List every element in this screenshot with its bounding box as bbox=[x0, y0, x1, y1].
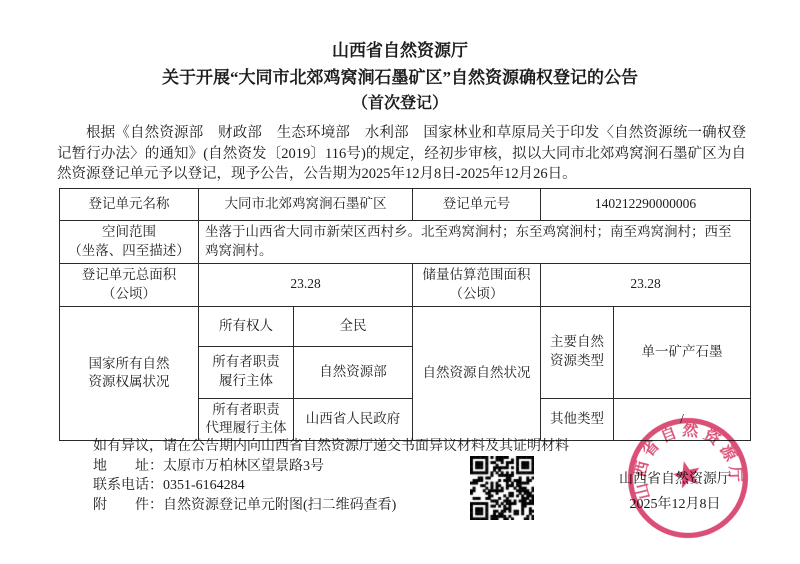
unit-no-label: 登记单元号 bbox=[413, 189, 541, 221]
spatial-range-value: 坐落于山西省大同市新荣区西村乡。北至鸡窝涧村；东至鸡窝涧村；南至鸡窝涧村；西至鸡… bbox=[199, 221, 751, 264]
natural-status-label: 自然资源自然状况 bbox=[413, 306, 541, 441]
unit-name-value: 大同市北郊鸡窝涧石墨矿区 bbox=[199, 189, 413, 221]
agent-performer-value: 山西省人民政府 bbox=[294, 398, 413, 441]
owner-value: 全民 bbox=[294, 306, 413, 346]
subtitle-first-registration: （首次登记） bbox=[0, 91, 800, 117]
table-row: 登记单元名称 大同市北郊鸡窝涧石墨矿区 登记单元号 14021229000000… bbox=[60, 189, 751, 221]
intro-paragraph: 根据《自然资源部 财政部 生态环境部 水利部 国家林业和草原局关于印发〈自然资源… bbox=[57, 123, 746, 185]
table-row: 空间范围 （坐落、四至描述） 坐落于山西省大同市新荣区西村乡。北至鸡窝涧村；东至… bbox=[60, 221, 751, 264]
spatial-range-label: 空间范围 （坐落、四至描述） bbox=[60, 221, 199, 264]
main-resource-type-value: 单一矿产石墨 bbox=[614, 306, 751, 398]
main-resource-type-label: 主要自然 资源类型 bbox=[541, 306, 614, 398]
reserve-area-label: 储量估算范围面积 （公顷） bbox=[413, 263, 541, 306]
seal-text: 山西省自然资源厅 bbox=[619, 408, 749, 513]
announcement-title: 关于开展“大同市北郊鸡窝涧石墨矿区”自然资源确权登记的公告 bbox=[0, 64, 800, 91]
unit-name-label: 登记单元名称 bbox=[60, 189, 199, 221]
duty-performer-value: 自然资源部 bbox=[294, 346, 413, 398]
org-title: 山西省自然资源厅 bbox=[0, 37, 800, 64]
total-area-value: 23.28 bbox=[199, 263, 413, 306]
table-row: 国家所有自然 资源权属状况 所有权人 全民 自然资源自然状况 主要自然 资源类型… bbox=[60, 306, 751, 346]
unit-no-value: 140212290000006 bbox=[541, 189, 751, 221]
qr-code bbox=[470, 456, 534, 520]
total-area-label: 登记单元总面积 （公顷） bbox=[60, 263, 199, 306]
reserve-area-value: 23.28 bbox=[541, 263, 751, 306]
other-type-label: 其他类型 bbox=[541, 398, 614, 441]
title-block: 山西省自然资源厅 关于开展“大同市北郊鸡窝涧石墨矿区”自然资源确权登记的公告 （… bbox=[0, 37, 800, 117]
announcement-page: 山西省自然资源厅 关于开展“大同市北郊鸡窝涧石墨矿区”自然资源确权登记的公告 （… bbox=[0, 0, 800, 564]
duty-performer-label: 所有者职责 履行主体 bbox=[199, 346, 294, 398]
ownership-section-label: 国家所有自然 资源权属状况 bbox=[60, 306, 199, 441]
star-icon bbox=[671, 458, 704, 490]
table-row: 登记单元总面积 （公顷） 23.28 储量估算范围面积 （公顷） 23.28 bbox=[60, 263, 751, 306]
registration-table: 登记单元名称 大同市北郊鸡窝涧石墨矿区 登记单元号 14021229000000… bbox=[59, 188, 751, 441]
objection-note: 如有异议，请在公告期内向山西省自然资源厅递交书面异议材料及其证明材料 bbox=[93, 437, 569, 457]
owner-label: 所有权人 bbox=[199, 306, 294, 346]
agent-performer-label: 所有者职责 代理履行主体 bbox=[199, 398, 294, 441]
